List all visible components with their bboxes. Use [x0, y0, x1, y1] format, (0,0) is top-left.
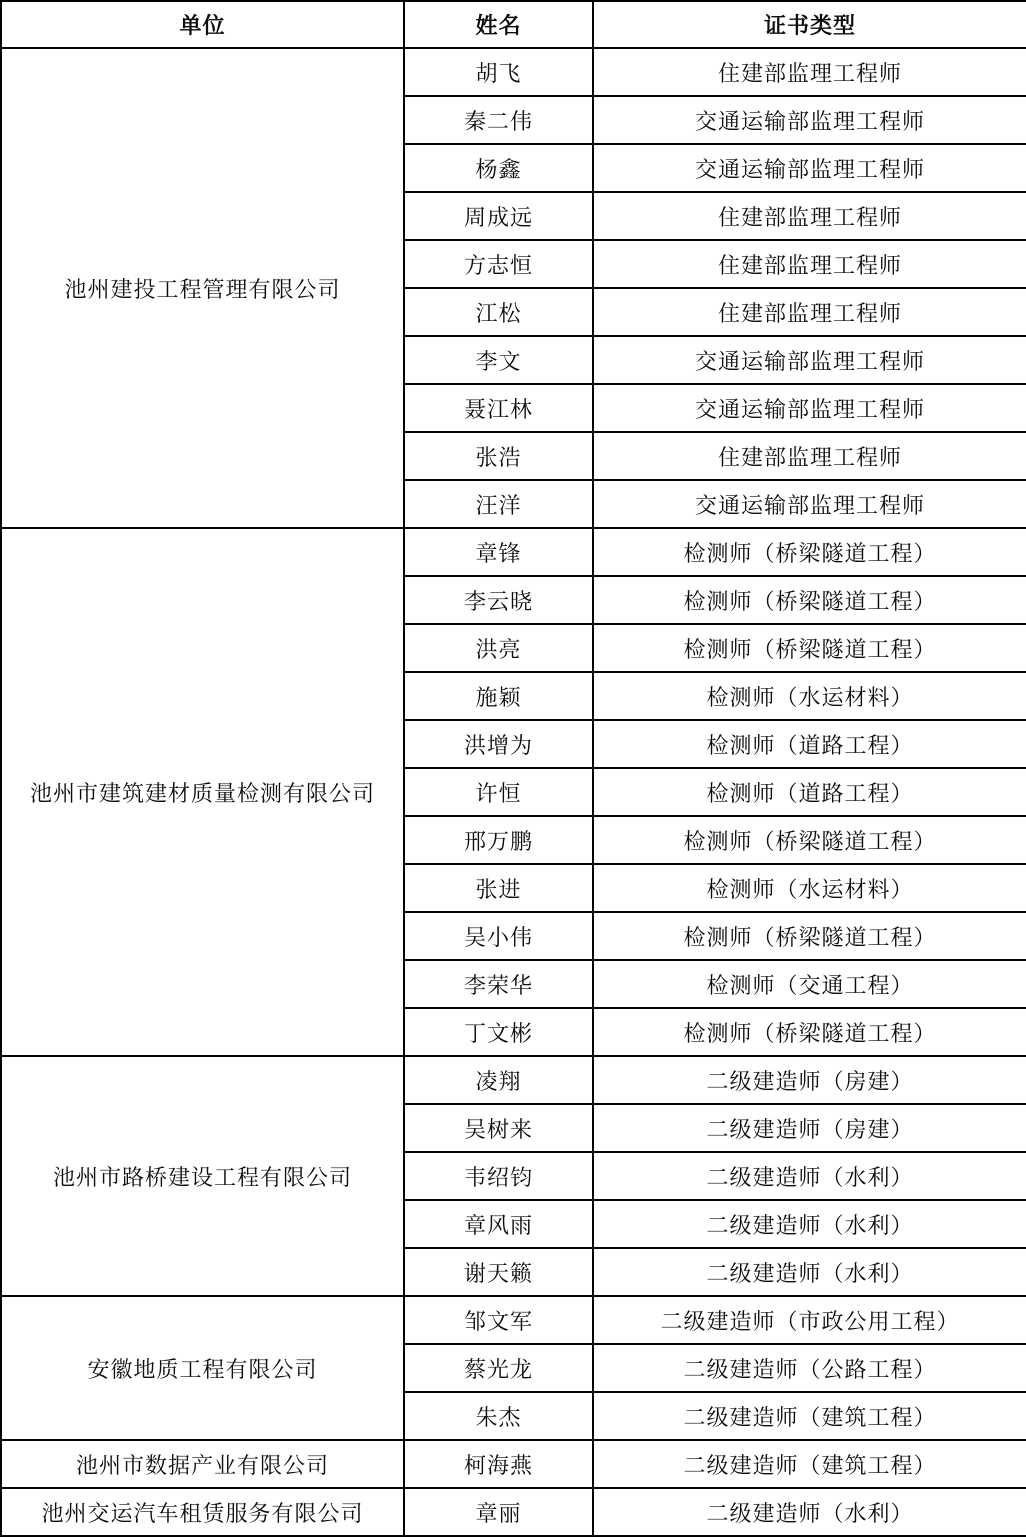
- person-name-cell: 方志恒: [404, 240, 593, 288]
- person-name-cell: 洪增为: [404, 720, 593, 768]
- table-row: 池州建投工程管理有限公司胡飞住建部监理工程师: [1, 48, 1026, 96]
- person-name-cell: 施颖: [404, 672, 593, 720]
- person-name-cell: 洪亮: [404, 624, 593, 672]
- person-name-cell: 杨鑫: [404, 144, 593, 192]
- person-name-cell: 许恒: [404, 768, 593, 816]
- certificate-type-cell: 检测师（水运材料）: [593, 672, 1026, 720]
- header-certificate-type: 证书类型: [593, 1, 1026, 48]
- certificate-type-cell: 检测师（桥梁隧道工程）: [593, 528, 1026, 576]
- company-cell: 池州市路桥建设工程有限公司: [1, 1056, 404, 1296]
- certificate-type-cell: 二级建造师（水利）: [593, 1488, 1026, 1536]
- certificate-type-cell: 二级建造师（房建）: [593, 1056, 1026, 1104]
- header-person-name: 姓名: [404, 1, 593, 48]
- certificate-type-cell: 检测师（交通工程）: [593, 960, 1026, 1008]
- company-cell: 池州市建筑建材质量检测有限公司: [1, 528, 404, 1056]
- company-cell: 安徽地质工程有限公司: [1, 1296, 404, 1440]
- certificate-type-cell: 住建部监理工程师: [593, 240, 1026, 288]
- certificate-type-cell: 住建部监理工程师: [593, 192, 1026, 240]
- person-name-cell: 韦绍钧: [404, 1152, 593, 1200]
- certificate-type-cell: 交通运输部监理工程师: [593, 480, 1026, 528]
- certificate-type-cell: 二级建造师（水利）: [593, 1248, 1026, 1296]
- person-name-cell: 汪洋: [404, 480, 593, 528]
- person-name-cell: 邹文军: [404, 1296, 593, 1344]
- person-name-cell: 蔡光龙: [404, 1344, 593, 1392]
- certificate-type-cell: 住建部监理工程师: [593, 288, 1026, 336]
- person-name-cell: 胡飞: [404, 48, 593, 96]
- certificate-type-cell: 交通运输部监理工程师: [593, 144, 1026, 192]
- certificate-type-cell: 检测师（水运材料）: [593, 864, 1026, 912]
- person-name-cell: 秦二伟: [404, 96, 593, 144]
- certificate-type-cell: 二级建造师（水利）: [593, 1152, 1026, 1200]
- certificate-type-cell: 检测师（桥梁隧道工程）: [593, 912, 1026, 960]
- table-body: 池州建投工程管理有限公司胡飞住建部监理工程师秦二伟交通运输部监理工程师杨鑫交通运…: [1, 48, 1026, 1536]
- person-name-cell: 章锋: [404, 528, 593, 576]
- person-name-cell: 李荣华: [404, 960, 593, 1008]
- table-row: 池州市建筑建材质量检测有限公司章锋检测师（桥梁隧道工程）: [1, 528, 1026, 576]
- certificate-type-cell: 二级建造师（水利）: [593, 1200, 1026, 1248]
- company-cell: 池州交运汽车租赁服务有限公司: [1, 1488, 404, 1536]
- header-row: 单位 姓名 证书类型: [1, 1, 1026, 48]
- person-name-cell: 章丽: [404, 1488, 593, 1536]
- table-row: 池州交运汽车租赁服务有限公司章丽二级建造师（水利）: [1, 1488, 1026, 1536]
- certificate-type-cell: 检测师（桥梁隧道工程）: [593, 1008, 1026, 1056]
- person-name-cell: 李文: [404, 336, 593, 384]
- header-unit: 单位: [1, 1, 404, 48]
- certificate-type-cell: 二级建造师（公路工程）: [593, 1344, 1026, 1392]
- certificate-type-cell: 二级建造师（房建）: [593, 1104, 1026, 1152]
- certificate-type-cell: 交通运输部监理工程师: [593, 96, 1026, 144]
- person-name-cell: 周成远: [404, 192, 593, 240]
- certificate-type-cell: 交通运输部监理工程师: [593, 336, 1026, 384]
- person-name-cell: 张浩: [404, 432, 593, 480]
- certificate-type-cell: 检测师（道路工程）: [593, 720, 1026, 768]
- person-name-cell: 朱杰: [404, 1392, 593, 1440]
- person-name-cell: 李云晓: [404, 576, 593, 624]
- certificate-type-cell: 检测师（桥梁隧道工程）: [593, 576, 1026, 624]
- person-name-cell: 邢万鹏: [404, 816, 593, 864]
- person-name-cell: 凌翔: [404, 1056, 593, 1104]
- certificate-type-cell: 检测师（道路工程）: [593, 768, 1026, 816]
- person-name-cell: 吴树来: [404, 1104, 593, 1152]
- person-name-cell: 张进: [404, 864, 593, 912]
- certificate-type-cell: 住建部监理工程师: [593, 432, 1026, 480]
- person-name-cell: 章风雨: [404, 1200, 593, 1248]
- person-name-cell: 江松: [404, 288, 593, 336]
- certificate-table: 单位 姓名 证书类型 池州建投工程管理有限公司胡飞住建部监理工程师秦二伟交通运输…: [0, 0, 1026, 1537]
- person-name-cell: 吴小伟: [404, 912, 593, 960]
- table-row: 池州市路桥建设工程有限公司凌翔二级建造师（房建）: [1, 1056, 1026, 1104]
- person-name-cell: 丁文彬: [404, 1008, 593, 1056]
- table-row: 安徽地质工程有限公司邹文军二级建造师（市政公用工程）: [1, 1296, 1026, 1344]
- certificate-type-cell: 二级建造师（建筑工程）: [593, 1392, 1026, 1440]
- certificate-type-cell: 交通运输部监理工程师: [593, 384, 1026, 432]
- person-name-cell: 谢天籁: [404, 1248, 593, 1296]
- person-name-cell: 聂江林: [404, 384, 593, 432]
- certificate-type-cell: 检测师（桥梁隧道工程）: [593, 624, 1026, 672]
- company-cell: 池州建投工程管理有限公司: [1, 48, 404, 528]
- certificate-type-cell: 检测师（桥梁隧道工程）: [593, 816, 1026, 864]
- certificate-type-cell: 住建部监理工程师: [593, 48, 1026, 96]
- certificate-type-cell: 二级建造师（市政公用工程）: [593, 1296, 1026, 1344]
